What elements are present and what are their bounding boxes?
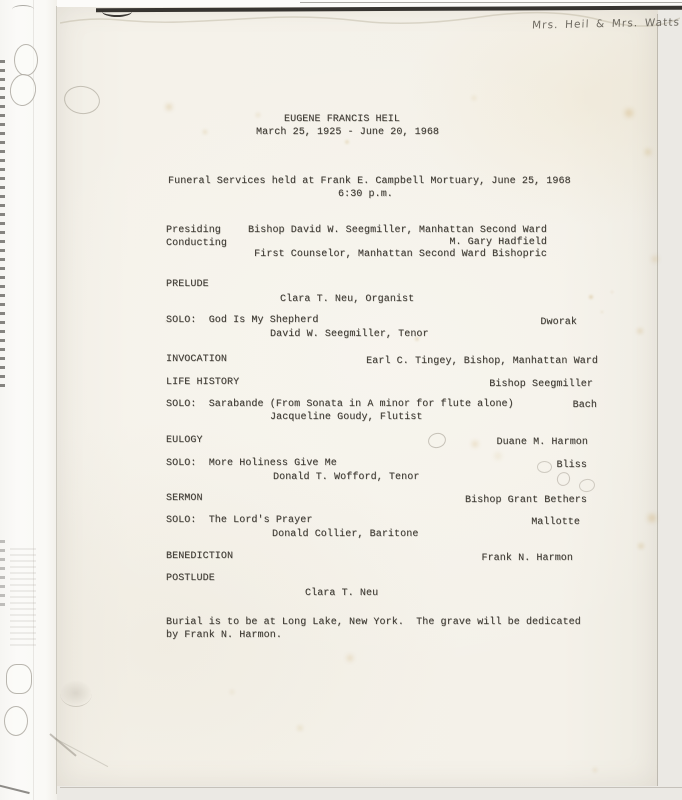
program-performer: Clara T. Neu, Organist [280, 294, 414, 306]
smudge-mark [60, 680, 92, 707]
margin-pencil-smudge [10, 548, 36, 646]
program-label: SOLO: The Lord's Prayer [166, 515, 312, 527]
program-label: BENEDICTION [166, 551, 233, 563]
program-label: SOLO: Sarabande (From Sonata in A minor … [166, 399, 514, 411]
program-label: EULOGY [166, 435, 203, 447]
corner-pencil-mark [12, 5, 34, 14]
paper-bottom-edge [60, 787, 682, 788]
punch-hole [4, 706, 28, 736]
conducting-label: Conducting [166, 238, 227, 250]
program-label: INVOCATION [166, 354, 227, 366]
scanner-edge-ticks [0, 540, 5, 610]
program-officiant: Bishop Grant Bethers [465, 495, 587, 507]
paper-stains [0, 0, 2, 2]
officiant-title: First Counselor, Manhattan Second Ward B… [254, 249, 547, 261]
program-composer: Bliss [556, 460, 587, 472]
doc-title: EUGENE FRANCIS HEIL [284, 114, 400, 126]
program-composer: Dworak [540, 317, 577, 329]
program-performer: Clara T. Neu [305, 588, 378, 600]
officiant-name: Bishop David W. Seegmiller, Manhattan Se… [248, 225, 547, 237]
punch-hole [14, 44, 38, 76]
program-officiant: Frank N. Harmon [481, 553, 573, 565]
program-performer: Jacqueline Goudy, Flutist [270, 412, 423, 424]
scan-top-thin-line [300, 2, 682, 3]
program-composer: Bach [573, 400, 597, 412]
paper-right-edge [657, 14, 658, 786]
binder-strip [0, 0, 57, 800]
program-label: SERMON [166, 493, 203, 505]
program-officiant: Earl C. Tingey, Bishop, Manhattan Ward [366, 356, 598, 368]
program-officiant: Duane M. Harmon [496, 437, 588, 449]
program-label: LIFE HISTORY [166, 377, 239, 389]
pencil-arc-mark [537, 461, 552, 473]
scanner-edge-ticks [0, 60, 5, 390]
binder-inner-line [33, 0, 34, 800]
program-composer: Mallotte [531, 517, 580, 529]
program-performer: David W. Seegmiller, Tenor [270, 329, 429, 341]
program-officiant: Bishop Seegmiller [489, 379, 593, 391]
program-label: SOLO: God Is My Shepherd [166, 315, 319, 327]
presiding-label: Presiding [166, 225, 221, 237]
burial-note-line: Burial is to be at Long Lake, New York. … [166, 617, 581, 629]
paper-left-edge [56, 6, 57, 794]
punch-hole [6, 664, 32, 694]
officiant-name: M. Gary Hadfield [449, 237, 547, 249]
scanned-funeral-program: { "colors": { "ink": "#3f3b34", "paper":… [0, 0, 682, 800]
service-line: Funeral Services held at Frank E. Campbe… [168, 176, 571, 188]
burial-note-line: by Frank N. Harmon. [166, 630, 282, 642]
program-performer: Donald T. Wofford, Tenor [273, 472, 419, 484]
doc-dates: March 25, 1925 - June 20, 1968 [256, 127, 439, 139]
service-time: 6:30 p.m. [338, 189, 393, 201]
program-label: PRELUDE [166, 279, 209, 291]
program-label: SOLO: More Holiness Give Me [166, 458, 337, 470]
corner-shadow-mark [0, 784, 30, 794]
program-performer: Donald Collier, Baritone [272, 529, 418, 541]
program-label: POSTLUDE [166, 573, 215, 585]
